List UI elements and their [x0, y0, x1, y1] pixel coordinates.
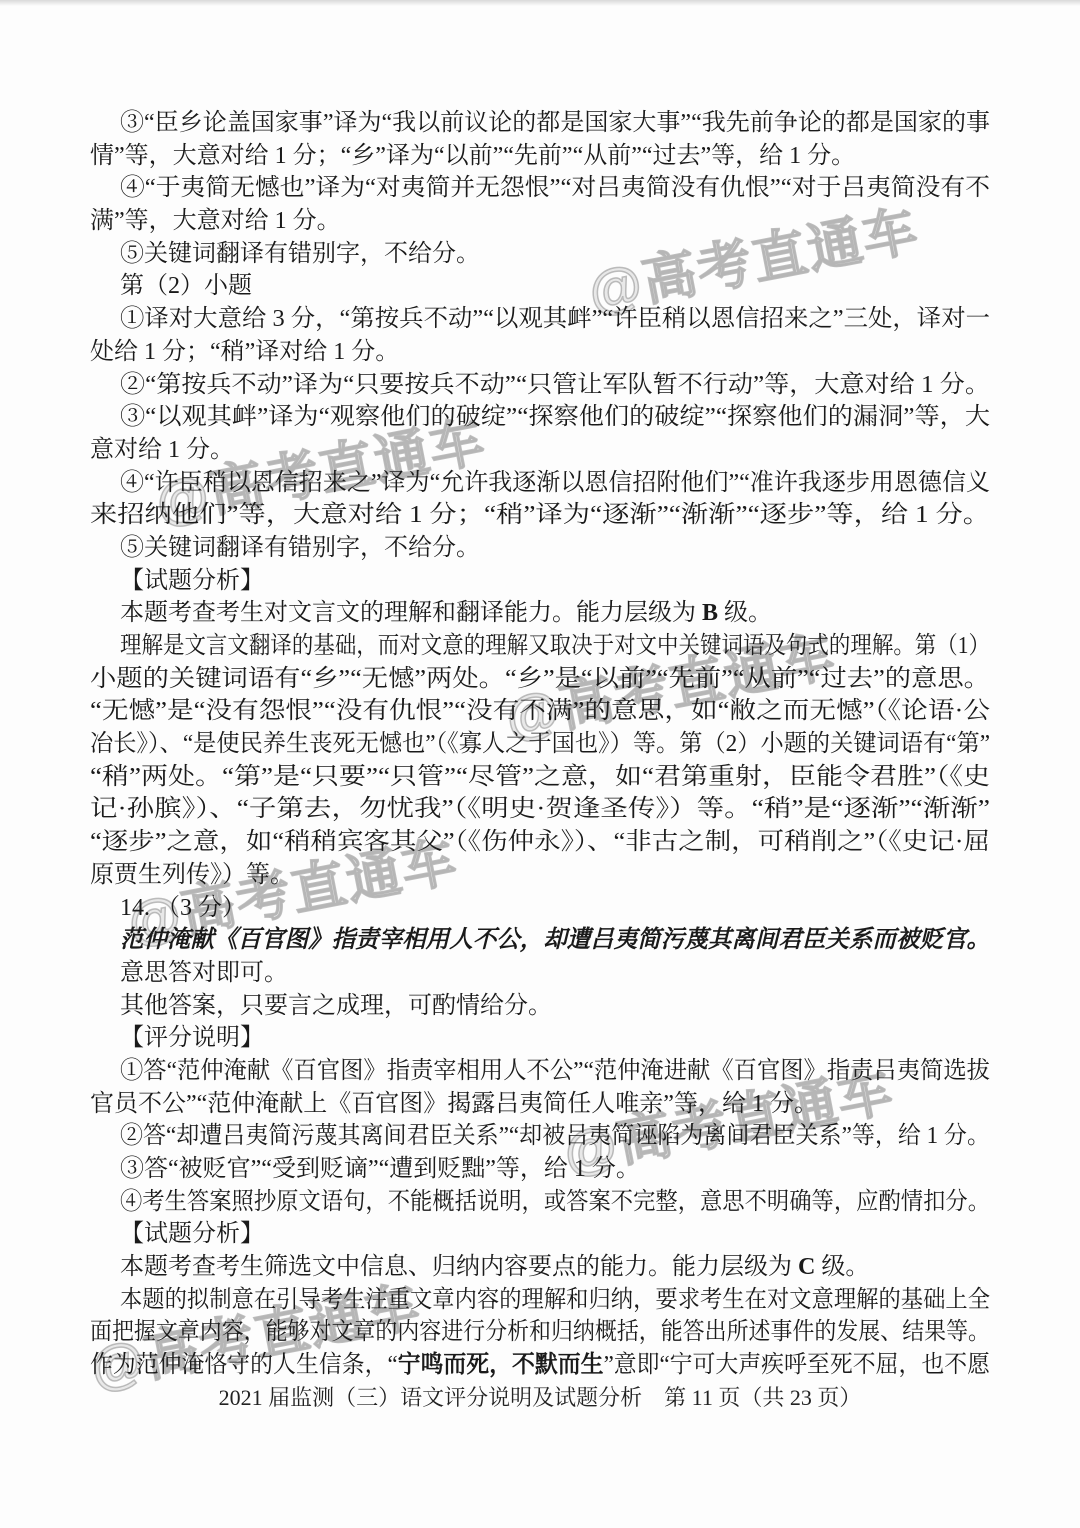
text-segment: 情”等，大意对给 1 分；“乡”译为“以前”“先前”“从前”“过去”等，给 1 … — [90, 143, 855, 169]
text-segment: ⑤关键词翻译有错别字，不给分。 — [120, 535, 480, 561]
text-line: ③“以观其衅”译为“观察他们的破绽”“探察他们的破绽”“探察他们的漏洞”等，大 — [90, 401, 990, 434]
text-line: 其他答案，只要言之成理，可酌情给分。 — [90, 990, 990, 1023]
text-segment: 第（2）小题 — [120, 273, 252, 299]
text-line: 【评分说明】 — [90, 1022, 990, 1055]
text-segment: 【评分说明】 — [120, 1025, 264, 1051]
text-line: 冶长》）、“是使民养生丧死无憾也”（《寡人之于国也》）等。第（2）小题的关键词语… — [90, 728, 990, 761]
text-line: 面把握文章内容，能够对文章的内容进行分析和归纳概括，能答出所述事件的发展、结果等… — [90, 1316, 990, 1349]
text-segment: 【试题分析】 — [120, 1221, 264, 1247]
text-line: ②“第按兵不动”译为“只要按兵不动”“只管让军队暂不行动”等，大意对给 1 分。 — [90, 369, 990, 402]
text-line: 小题的关键词语有“乡”“无憾”两处。“乡”是“以前”“先前”“从前”“过去”的意… — [90, 663, 990, 696]
text-line: 情”等，大意对给 1 分；“乡”译为“以前”“先前”“从前”“过去”等，给 1 … — [90, 140, 990, 173]
text-line: 意思答对即可。 — [90, 957, 990, 990]
text-segment: 原贾生列传》）等。 — [90, 862, 294, 888]
text-line: 本题考查考生筛选文中信息、归纳内容要点的能力。能力层级为 C 级。 — [90, 1251, 990, 1284]
text-segment: 本题考查考生对文言文的理解和翻译能力。能力层级为 — [120, 600, 702, 626]
text-segment: 面把握文章内容，能够对文章的内容进行分析和归纳概括，能答出所述事件的发展、结果等… — [90, 1319, 990, 1345]
text-line: “稍”两处。“第”是“只要”“只管”“尽管”之意，如“君第重射，臣能令君胜”（《… — [90, 761, 990, 794]
text-line: ④“于夷简无憾也”译为“对夷简并无怨恨”“对吕夷简没有仇恨”“对于吕夷简没有不 — [90, 172, 990, 205]
footer-text: 2021 届监测（三）语文评分说明及试题分析 第 11 页（共 23 页） — [219, 1385, 862, 1410]
text-line: 原贾生列传》）等。 — [90, 859, 990, 892]
text-segment: 本题的拟制意在引导考生注重文章内容的理解和归纳，要求考生在对文意理解的基础上全 — [120, 1287, 990, 1313]
text-line: 记·孙膑》）、“子第去，勿忧我”（《明史·贺逢圣传》）等。“稍”是“逐渐”“渐渐… — [90, 793, 990, 826]
text-line: ③答“被贬官”“受到贬谪”“遭到贬黜”等，给 1 分。 — [90, 1153, 990, 1186]
text-segment: ③答“被贬官”“受到贬谪”“遭到贬黜”等，给 1 分。 — [120, 1156, 640, 1182]
text-segment: ①译对大意给 3 分，“第按兵不动”“以观其衅”“许臣稍以恩信招来之”三处，译对… — [120, 306, 990, 332]
text-segment: ④“于夷简无憾也”译为“对夷简并无怨恨”“对吕夷简没有仇恨”“对于吕夷简没有不 — [120, 175, 990, 201]
page-footer: 2021 届监测（三）语文评分说明及试题分析 第 11 页（共 23 页） — [90, 1382, 990, 1415]
bold-text-segment: B — [702, 600, 718, 626]
text-line: 作为范仲淹恪守的人生信条，“宁鸣而死，不默而生”意即“宁可大声疾呼至死不屈，也不… — [90, 1349, 990, 1382]
text-line: 本题的拟制意在引导考生注重文章内容的理解和归纳，要求考生在对文意理解的基础上全 — [90, 1284, 990, 1317]
text-line: 14. （3 分） — [90, 892, 990, 925]
text-segment: 级。 — [718, 600, 772, 626]
text-line: ①答“范仲淹献《百官图》指责宰相用人不公”“范仲淹进献《百官图》指责吕夷简选拔 — [90, 1055, 990, 1088]
text-segment: ”意即“宁可大声疾呼至死不屈，也不愿 — [604, 1352, 990, 1378]
text-line: 【试题分析】 — [90, 565, 990, 598]
text-segment: 小题的关键词语有“乡”“无憾”两处。“乡”是“以前”“先前”“从前”“过去”的意… — [90, 666, 990, 692]
text-segment: 记·孙膑》）、“子第去，勿忧我”（《明史·贺逢圣传》）等。“稍”是“逐渐”“渐渐… — [90, 796, 990, 822]
text-segment: 14. （3 分） — [120, 895, 246, 921]
text-segment: 范仲淹献《百官图》指责宰相用人不公，却遭吕夷简污蔑其离间君臣关系而被贬官。 — [120, 927, 990, 953]
text-segment: 冶长》）、“是使民养生丧死无憾也”（《寡人之于国也》）等。第（2）小题的关键词语… — [90, 731, 990, 757]
text-line: 满”等，大意对给 1 分。 — [90, 205, 990, 238]
text-segment: ②“第按兵不动”译为“只要按兵不动”“只管让军队暂不行动”等，大意对给 1 分。 — [120, 372, 990, 398]
text-line: 意对给 1 分。 — [90, 434, 990, 467]
text-segment: 本题考查考生筛选文中信息、归纳内容要点的能力。能力层级为 — [120, 1254, 798, 1280]
text-segment: “无憾”是“没有怨恨”“没有仇恨”“没有不满”的意思，如“敝之而无憾”（《论语·… — [90, 698, 990, 724]
bold-text-segment: C — [798, 1254, 815, 1280]
text-line: 【试题分析】 — [90, 1218, 990, 1251]
text-segment: ①答“范仲淹献《百官图》指责宰相用人不公”“范仲淹进献《百官图》指责吕夷简选拔 — [120, 1058, 990, 1084]
scan-edge-shadow — [0, 0, 1080, 6]
text-line: 理解是文言文翻译的基础，而对文意的理解又取决于对文中关键词语及句式的理解。第（1… — [90, 630, 990, 663]
text-line: 本题考查考生对文言文的理解和翻译能力。能力层级为 B 级。 — [90, 597, 990, 630]
text-line: ②答“却遭吕夷简污蔑其离间君臣关系”“却被吕夷简诬陷为离间君臣关系”等，给 1 … — [90, 1120, 990, 1153]
text-segment: ③“臣乡论盖国家事”译为“我以前议论的都是国家大事”“我先前争论的都是国家的事 — [120, 110, 990, 136]
text-line: ④“许臣稍以恩信招来之”译为“允许我逐渐以恩信招附他们”“准许我逐步用恩德信义 — [90, 467, 990, 500]
text-line: 范仲淹献《百官图》指责宰相用人不公，却遭吕夷简污蔑其离间君臣关系而被贬官。 — [90, 924, 990, 957]
text-segment: 官员不公”“范仲淹献上《百官图》揭露吕夷简任人唯亲”等，给 1 分。 — [90, 1091, 818, 1117]
text-segment: 其他答案，只要言之成理，可酌情给分。 — [120, 993, 552, 1019]
text-line: 第（2）小题 — [90, 270, 990, 303]
text-lines: ③“臣乡论盖国家事”译为“我以前议论的都是国家大事”“我先前争论的都是国家的事情… — [90, 107, 990, 1382]
text-line: ③“臣乡论盖国家事”译为“我以前议论的都是国家大事”“我先前争论的都是国家的事 — [90, 107, 990, 140]
text-segment: “稍”两处。“第”是“只要”“只管”“尽管”之意，如“君第重射，臣能令君胜”（《… — [90, 764, 990, 790]
bold-text-segment: 宁鸣而死，不默而生 — [398, 1352, 604, 1378]
text-line: ④考生答案照抄原文语句，不能概括说明，或答案不完整，意思不明确等，应酌情扣分。 — [90, 1186, 990, 1219]
text-segment: “逐步”之意，如“稍稍宾客其父”（《伤仲永》）、“非古之制，可稍削之”（《史记·… — [90, 829, 990, 855]
text-line: ⑤关键词翻译有错别字，不给分。 — [90, 238, 990, 271]
text-segment: 满”等，大意对给 1 分。 — [90, 208, 341, 234]
text-line: ⑤关键词翻译有错别字，不给分。 — [90, 532, 990, 565]
text-segment: 意对给 1 分。 — [90, 437, 234, 463]
text-line: 官员不公”“范仲淹献上《百官图》揭露吕夷简任人唯亲”等，给 1 分。 — [90, 1088, 990, 1121]
text-segment: 意思答对即可。 — [120, 960, 288, 986]
text-segment: ④考生答案照抄原文语句，不能概括说明，或答案不完整，意思不明确等，应酌情扣分。 — [120, 1189, 990, 1215]
document-body: ③“臣乡论盖国家事”译为“我以前议论的都是国家大事”“我先前争论的都是国家的事情… — [90, 107, 990, 1415]
text-segment: 【试题分析】 — [120, 568, 264, 594]
text-segment: 理解是文言文翻译的基础，而对文意的理解又取决于对文中关键词语及句式的理解。第（1… — [120, 633, 990, 659]
text-line: “逐步”之意，如“稍稍宾客其父”（《伤仲永》）、“非古之制，可稍削之”（《史记·… — [90, 826, 990, 859]
text-segment: ⑤关键词翻译有错别字，不给分。 — [120, 241, 480, 267]
text-segment: ②答“却遭吕夷简污蔑其离间君臣关系”“却被吕夷简诬陷为离间君臣关系”等，给 1 … — [120, 1123, 990, 1149]
text-line: 来招纳他们”等，大意对给 1 分；“稍”译为“逐渐”“渐渐”“逐步”等，给 1 … — [90, 499, 990, 532]
text-segment: 来招纳他们”等，大意对给 1 分；“稍”译为“逐渐”“渐渐”“逐步”等，给 1 … — [90, 502, 990, 528]
text-line: ①译对大意给 3 分，“第按兵不动”“以观其衅”“许臣稍以恩信招来之”三处，译对… — [90, 303, 990, 336]
text-segment: 处给 1 分；“稍”译对给 1 分。 — [90, 339, 399, 365]
text-segment: 作为范仲淹恪守的人生信条，“ — [90, 1352, 398, 1378]
text-line: “无憾”是“没有怨恨”“没有仇恨”“没有不满”的意思，如“敝之而无憾”（《论语·… — [90, 695, 990, 728]
text-segment: 级。 — [815, 1254, 869, 1280]
text-line: 处给 1 分；“稍”译对给 1 分。 — [90, 336, 990, 369]
text-segment: ④“许臣稍以恩信招来之”译为“允许我逐渐以恩信招附他们”“准许我逐步用恩德信义 — [120, 470, 990, 496]
document-page: @高考直通车@高考直通车@高考直通车@高考直通车@高考直通车@高考直通车 ③“臣… — [0, 0, 1080, 1528]
text-segment: ③“以观其衅”译为“观察他们的破绽”“探察他们的破绽”“探察他们的漏洞”等，大 — [120, 404, 990, 430]
